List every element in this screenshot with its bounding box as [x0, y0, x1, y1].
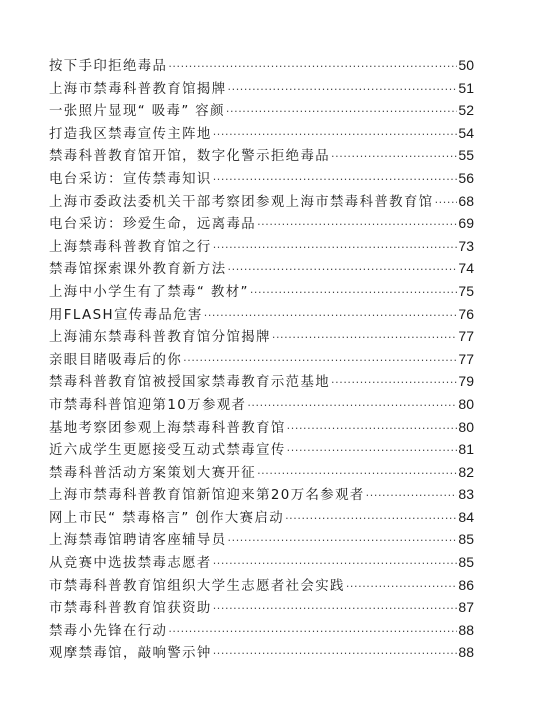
toc-entry-page: 68	[458, 190, 474, 213]
dot-leader	[272, 327, 458, 350]
toc-entry-page: 79	[458, 370, 474, 393]
toc-entry[interactable]: 禁毒科普教育馆被授国家禁毒教育示范基地79	[49, 370, 474, 393]
toc-entry-page: 83	[458, 483, 474, 506]
toc-entry-title: 市禁毒科普教育馆获资助	[49, 598, 212, 621]
toc-entry[interactable]: 亲眼目睹吸毒后的你77	[49, 348, 474, 371]
dot-leader	[250, 282, 458, 305]
toc-entry[interactable]: 市禁毒科普教育馆获资助87	[49, 596, 474, 619]
dot-leader	[213, 124, 458, 147]
dot-leader	[247, 395, 457, 418]
table-of-contents: 按下手印拒绝毒品50 上海市禁毒科普教育馆揭牌51 一张照片显现“ 吸毒” 容颜…	[49, 54, 474, 664]
toc-entry[interactable]: 用FLASH宣传毒品危害76	[49, 303, 474, 326]
toc-entry[interactable]: 上海市禁毒科普教育馆揭牌51	[49, 77, 474, 100]
dot-leader	[257, 463, 457, 486]
dot-leader	[346, 576, 458, 599]
toc-entry-title: 按下手印拒绝毒品	[49, 56, 167, 79]
dot-leader	[366, 485, 458, 508]
toc-entry-page: 73	[458, 235, 474, 258]
toc-entry-title: 上海市禁毒科普教育馆揭牌	[49, 79, 227, 102]
dot-leader	[331, 372, 457, 395]
toc-entry[interactable]: 打造我区禁毒宣传主阵地54	[49, 122, 474, 145]
toc-entry-page: 52	[458, 99, 474, 122]
toc-entry[interactable]: 禁毒科普教育馆开馆，数字化警示拒绝毒品55	[49, 144, 474, 167]
toc-entry-page: 81	[458, 438, 474, 461]
toc-entry[interactable]: 从竞赛中选拔禁毒志愿者85	[49, 551, 474, 574]
toc-entry[interactable]: 按下手印拒绝毒品50	[49, 54, 474, 77]
toc-entry-page: 55	[458, 144, 474, 167]
toc-entry-page: 80	[458, 416, 474, 439]
dot-leader	[287, 418, 458, 441]
toc-entry-title: 亲眼目睹吸毒后的你	[49, 350, 182, 373]
toc-entry-title: 禁毒科普教育馆开馆，数字化警示拒绝毒品	[49, 146, 330, 169]
dot-leader	[228, 259, 458, 282]
toc-entry-page: 56	[458, 167, 474, 190]
toc-entry-title: 电台采访：珍爱生命，远离毒品	[49, 214, 256, 237]
toc-entry-title: 上海中小学生有了禁毒“ 教材”	[49, 282, 249, 305]
dot-leader	[213, 598, 458, 621]
toc-entry[interactable]: 禁毒科普活动方案策划大赛开征82	[49, 461, 474, 484]
toc-entry[interactable]: 上海市委政法委机关干部考察团参观上海市禁毒科普教育馆68	[49, 190, 474, 213]
toc-entry-title: 网上市民“ 禁毒格言” 创作大赛启动	[49, 508, 284, 531]
toc-entry[interactable]: 一张照片显现“ 吸毒” 容颜52	[49, 99, 474, 122]
toc-entry[interactable]: 禁毒小先锋在行动88	[49, 619, 474, 642]
toc-entry-page: 88	[458, 619, 474, 642]
dot-leader	[213, 169, 458, 192]
toc-entry-page: 69	[458, 212, 474, 235]
dot-leader	[204, 305, 458, 328]
toc-entry[interactable]: 观摩禁毒馆，敲响警示钟88	[49, 641, 474, 664]
toc-entry-title: 上海市禁毒科普教育馆新馆迎来第20万名参观者	[49, 485, 365, 508]
toc-entry-title: 近六成学生更愿接受互动式禁毒宣传	[49, 440, 286, 463]
dot-leader	[228, 530, 458, 553]
toc-entry-page: 76	[458, 303, 474, 326]
toc-entry-title: 打造我区禁毒宣传主阵地	[49, 124, 212, 147]
toc-entry-page: 80	[458, 393, 474, 416]
dot-leader	[285, 508, 457, 531]
toc-entry-title: 用FLASH宣传毒品危害	[49, 305, 203, 328]
dot-leader	[226, 101, 458, 124]
toc-entry-page: 75	[458, 280, 474, 303]
toc-entry-title: 上海禁毒馆聘请客座辅导员	[49, 530, 227, 553]
toc-entry-page: 87	[458, 596, 474, 619]
dot-leader	[213, 643, 458, 666]
toc-entry-title: 基地考察团参观上海禁毒科普教育馆	[49, 418, 286, 441]
toc-entry[interactable]: 上海禁毒馆聘请客座辅导员85	[49, 528, 474, 551]
toc-entry[interactable]: 市禁毒科普馆迎第10万参观者80	[49, 393, 474, 416]
toc-entry-page: 74	[458, 257, 474, 280]
toc-entry-page: 85	[458, 528, 474, 551]
dot-leader	[331, 146, 457, 169]
toc-entry-title: 禁毒科普教育馆被授国家禁毒教育示范基地	[49, 372, 330, 395]
toc-entry-page: 82	[458, 461, 474, 484]
toc-entry-title: 观摩禁毒馆，敲响警示钟	[49, 643, 212, 666]
toc-entry-title: 市禁毒科普教育馆组织大学生志愿者社会实践	[49, 576, 345, 599]
dot-leader	[435, 192, 458, 215]
toc-entry[interactable]: 近六成学生更愿接受互动式禁毒宣传81	[49, 438, 474, 461]
toc-entry[interactable]: 上海中小学生有了禁毒“ 教材” 75	[49, 280, 474, 303]
toc-entry-title: 禁毒馆探索课外教育新方法	[49, 259, 227, 282]
toc-entry[interactable]: 上海禁毒科普教育馆之行73	[49, 235, 474, 258]
dot-leader	[168, 56, 457, 79]
toc-entry-title: 市禁毒科普馆迎第10万参观者	[49, 395, 246, 418]
toc-entry-title: 电台采访：宣传禁毒知识	[49, 169, 212, 192]
dot-leader	[228, 79, 458, 102]
dot-leader	[213, 553, 458, 576]
toc-entry[interactable]: 上海浦东禁毒科普教育馆分馆揭牌77	[49, 325, 474, 348]
toc-entry-page: 88	[458, 641, 474, 664]
toc-entry-page: 84	[458, 506, 474, 529]
toc-entry-title: 上海市委政法委机关干部考察团参观上海市禁毒科普教育馆	[49, 192, 434, 215]
dot-leader	[257, 214, 457, 237]
toc-entry-page: 51	[458, 77, 474, 100]
dot-leader	[287, 440, 458, 463]
toc-entry-title: 一张照片显现“ 吸毒” 容颜	[49, 101, 225, 124]
toc-entry[interactable]: 禁毒馆探索课外教育新方法74	[49, 257, 474, 280]
toc-entry[interactable]: 电台采访：宣传禁毒知识56	[49, 167, 474, 190]
toc-entry-title: 上海禁毒科普教育馆之行	[49, 237, 212, 260]
dot-leader	[213, 237, 458, 260]
toc-entry-page: 54	[458, 122, 474, 145]
dot-leader	[168, 621, 457, 644]
toc-entry[interactable]: 基地考察团参观上海禁毒科普教育馆80	[49, 416, 474, 439]
dot-leader	[183, 350, 457, 373]
toc-entry-page: 85	[458, 551, 474, 574]
toc-entry-page: 86	[458, 574, 474, 597]
toc-entry-title: 禁毒小先锋在行动	[49, 621, 167, 644]
toc-entry-page: 50	[458, 54, 474, 77]
toc-entry-title: 从竞赛中选拔禁毒志愿者	[49, 553, 212, 576]
toc-entry[interactable]: 电台采访：珍爱生命，远离毒品69	[49, 212, 474, 235]
toc-entry-page: 77	[458, 348, 474, 371]
toc-entry[interactable]: 网上市民“ 禁毒格言” 创作大赛启动84	[49, 506, 474, 529]
toc-entry-page: 77	[458, 325, 474, 348]
toc-entry[interactable]: 市禁毒科普教育馆组织大学生志愿者社会实践86	[49, 574, 474, 597]
toc-entry-title: 禁毒科普活动方案策划大赛开征	[49, 463, 256, 486]
toc-entry-title: 上海浦东禁毒科普教育馆分馆揭牌	[49, 327, 271, 350]
toc-entry[interactable]: 上海市禁毒科普教育馆新馆迎来第20万名参观者83	[49, 483, 474, 506]
